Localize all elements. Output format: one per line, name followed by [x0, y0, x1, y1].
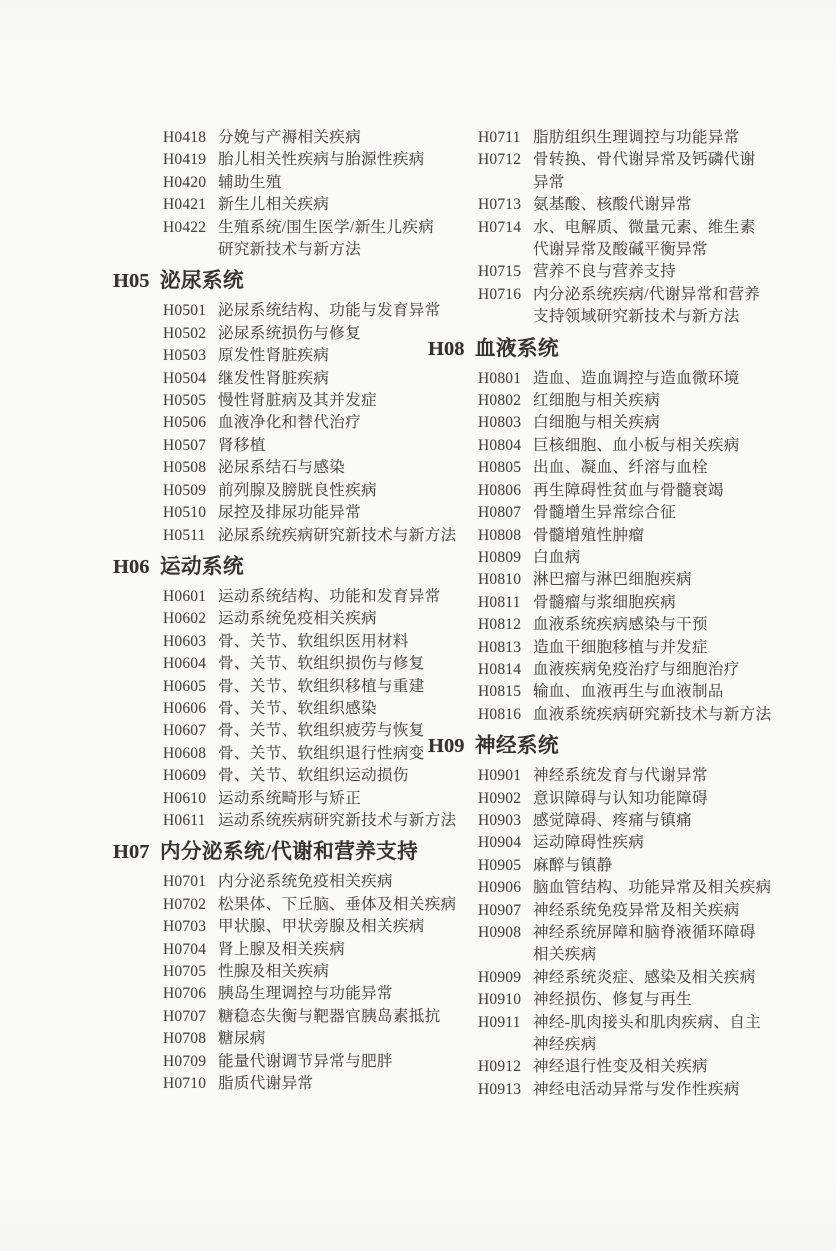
item-code: H0811	[478, 592, 533, 614]
code-list-item: H0701内分泌系统免疫相关疾病	[113, 871, 461, 893]
item-label: 血液系统疾病研究新技术与新方法	[533, 704, 772, 726]
item-label: 胎儿相关性疾病与胎源性疾病	[218, 149, 425, 171]
item-label: 骨、关节、软组织医用材料	[218, 631, 409, 653]
code-list-item: H0605骨、关节、软组织移植与重建	[113, 676, 461, 698]
code-list-item: H0421新生儿相关疾病	[113, 194, 461, 216]
code-list-item: H0902意识障碍与认知功能障碍	[428, 788, 808, 810]
code-list-item: H0802红细胞与相关疾病	[428, 390, 808, 412]
item-label: 运动系统畸形与矫正	[218, 788, 361, 810]
item-label: 脂肪组织生理调控与功能异常	[533, 127, 740, 149]
item-code: H0904	[478, 832, 533, 854]
code-list-item: H0511泌尿系统疾病研究新技术与新方法	[113, 525, 461, 547]
code-list-item: H0904运动障碍性疾病	[428, 832, 808, 854]
item-code: H0713	[478, 194, 533, 216]
code-list-item: H0710脂质代谢异常	[113, 1073, 461, 1095]
item-code: H0815	[478, 681, 533, 703]
item-label: 甲状腺、甲状旁腺及相关疾病	[218, 916, 425, 938]
item-label: 营养不良与营养支持	[533, 261, 676, 283]
item-code: H0905	[478, 855, 533, 877]
item-code: H0807	[478, 502, 533, 524]
item-label: 继发性肾脏疾病	[218, 368, 329, 390]
item-label: 生殖系统/围生医学/新生儿疾病 研究新技术与新方法	[218, 217, 434, 262]
item-label: 性腺及相关疾病	[218, 961, 329, 983]
item-code: H0422	[163, 217, 218, 239]
item-code: H0703	[163, 916, 218, 938]
code-list-item: H0505慢性肾脏病及其并发症	[113, 390, 461, 412]
item-label: 泌尿系统疾病研究新技术与新方法	[218, 525, 457, 547]
item-code: H0816	[478, 704, 533, 726]
code-list-item: H0714水、电解质、微量元素、维生素 代谢异常及酸碱平衡异常	[428, 217, 808, 262]
code-list-item: H0715营养不良与营养支持	[428, 261, 808, 283]
item-code: H0708	[163, 1028, 218, 1050]
section-heading-h07: H07内分泌系统/代谢和营养支持	[113, 838, 461, 866]
code-list-item: H0807骨髓增生异常综合征	[428, 502, 808, 524]
item-code: H0808	[478, 525, 533, 547]
item-code: H0802	[478, 390, 533, 412]
item-code: H0709	[163, 1051, 218, 1073]
item-label: 肾上腺及相关疾病	[218, 939, 345, 961]
code-list-item: H0608骨、关节、软组织退行性病变	[113, 743, 461, 765]
item-code: H0804	[478, 435, 533, 457]
item-label: 麻醉与镇静	[533, 855, 613, 877]
code-list-item: H0611运动系统疾病研究新技术与新方法	[113, 810, 461, 832]
item-label: 出血、凝血、纤溶与血栓	[533, 457, 708, 479]
item-code: H0810	[478, 569, 533, 591]
item-label: 运动系统结构、功能和发育异常	[218, 586, 441, 608]
code-list-item: H0503原发性肾脏疾病	[113, 345, 461, 367]
item-code: H0910	[478, 989, 533, 1011]
code-list-item: H0801造血、造血调控与造血微环境	[428, 368, 808, 390]
item-code: H0507	[163, 435, 218, 457]
item-code: H0902	[478, 788, 533, 810]
code-list-item: H0713氨基酸、核酸代谢异常	[428, 194, 808, 216]
item-code: H0419	[163, 149, 218, 171]
code-list-item: H0716内分泌系统疾病/代谢异常和营养 支持领域研究新技术与新方法	[428, 284, 808, 329]
item-code: H0908	[478, 922, 533, 944]
item-label: 辅助生殖	[218, 172, 282, 194]
item-code: H0608	[163, 743, 218, 765]
item-label: 内分泌系统免疫相关疾病	[218, 871, 393, 893]
section-heading-h09: H09神经系统	[428, 732, 808, 760]
code-list-item: H0803白细胞与相关疾病	[428, 412, 808, 434]
item-label: 慢性肾脏病及其并发症	[218, 390, 377, 412]
code-list-item: H0907神经系统免疫异常及相关疾病	[428, 900, 808, 922]
code-list-item: H0601运动系统结构、功能和发育异常	[113, 586, 461, 608]
code-list-item: H0419胎儿相关性疾病与胎源性疾病	[113, 149, 461, 171]
item-code: H0707	[163, 1006, 218, 1028]
item-label: 巨核细胞、血小板与相关疾病	[533, 435, 740, 457]
item-code: H0604	[163, 653, 218, 675]
item-label: 骨转换、骨代谢异常及钙磷代谢 异常	[533, 149, 756, 194]
code-list-item: H0607骨、关节、软组织疲劳与恢复	[113, 720, 461, 742]
code-list-item: H0906脑血管结构、功能异常及相关疾病	[428, 877, 808, 899]
code-list-item: H0711脂肪组织生理调控与功能异常	[428, 127, 808, 149]
code-list-item: H0504继发性肾脏疾病	[113, 368, 461, 390]
item-label: 骨、关节、软组织移植与重建	[218, 676, 425, 698]
code-list-item: H0911神经-肌肉接头和肌肉疾病、自主 神经疾病	[428, 1012, 808, 1057]
code-list-item: H0507肾移植	[113, 435, 461, 457]
item-code: H0809	[478, 547, 533, 569]
item-label: 神经退行性变及相关疾病	[533, 1056, 708, 1078]
item-label: 前列腺及膀胱良性疾病	[218, 480, 377, 502]
section-code: H08	[428, 335, 475, 363]
item-label: 神经系统炎症、感染及相关疾病	[533, 967, 756, 989]
item-label: 泌尿系结石与感染	[218, 457, 345, 479]
item-code: H0711	[478, 127, 533, 149]
item-label: 神经损伤、修复与再生	[533, 989, 692, 1011]
item-label: 白细胞与相关疾病	[533, 412, 660, 434]
item-code: H0701	[163, 871, 218, 893]
item-label: 神经系统屏障和脑脊液循环障碍 相关疾病	[533, 922, 756, 967]
section-code: H07	[113, 838, 160, 866]
item-code: H0813	[478, 637, 533, 659]
code-list-item: H0903感觉障碍、疼痛与镇痛	[428, 810, 808, 832]
scanned-page: H0418分娩与产褥相关疾病H0419胎儿相关性疾病与胎源性疾病H0420辅助生…	[0, 0, 836, 1251]
code-list-item: H0702松果体、下丘脑、垂体及相关疾病	[113, 894, 461, 916]
code-list-item: H0704肾上腺及相关疾病	[113, 939, 461, 961]
section-code: H09	[428, 732, 475, 760]
item-label: 骨、关节、软组织损伤与修复	[218, 653, 425, 675]
item-label: 骨髓增生异常综合征	[533, 502, 676, 524]
item-label: 松果体、下丘脑、垂体及相关疾病	[218, 894, 457, 916]
item-code: H0418	[163, 127, 218, 149]
left-column: H0418分娩与产褥相关疾病H0419胎儿相关性疾病与胎源性疾病H0420辅助生…	[113, 127, 461, 1095]
code-list-item: H0506血液净化和替代治疗	[113, 412, 461, 434]
item-label: 泌尿系统结构、功能与发育异常	[218, 300, 441, 322]
code-list-item: H0908神经系统屏障和脑脊液循环障碍 相关疾病	[428, 922, 808, 967]
right-column: H0711脂肪组织生理调控与功能异常H0712骨转换、骨代谢异常及钙磷代谢 异常…	[428, 127, 808, 1101]
section-heading-h08: H08血液系统	[428, 335, 808, 363]
item-code: H0911	[478, 1012, 533, 1034]
item-label: 骨髓增殖性肿瘤	[533, 525, 644, 547]
item-code: H0504	[163, 368, 218, 390]
item-label: 胰岛生理调控与功能异常	[218, 983, 393, 1005]
item-label: 脑血管结构、功能异常及相关疾病	[533, 877, 772, 899]
code-list-item: H0805出血、凝血、纤溶与血栓	[428, 457, 808, 479]
code-list-item: H0420辅助生殖	[113, 172, 461, 194]
section-heading-h05: H05泌尿系统	[113, 267, 461, 295]
section-title: 神经系统	[475, 732, 559, 760]
item-label: 糖稳态失衡与靶器官胰岛素抵抗	[218, 1006, 441, 1028]
item-code: H0505	[163, 390, 218, 412]
section-code: H06	[113, 553, 160, 581]
code-list-item: H0910神经损伤、修复与再生	[428, 989, 808, 1011]
item-code: H0610	[163, 788, 218, 810]
item-code: H0903	[478, 810, 533, 832]
item-code: H0814	[478, 659, 533, 681]
code-list-item: H0509前列腺及膀胱良性疾病	[113, 480, 461, 502]
code-list-item: H0814血液疾病免疫治疗与细胞治疗	[428, 659, 808, 681]
item-label: 神经-肌肉接头和肌肉疾病、自主 神经疾病	[533, 1012, 761, 1057]
item-code: H0812	[478, 614, 533, 636]
code-list-item: H0708糖尿病	[113, 1028, 461, 1050]
item-label: 运动系统免疫相关疾病	[218, 608, 377, 630]
item-code: H0714	[478, 217, 533, 239]
item-label: 骨、关节、软组织退行性病变	[218, 743, 425, 765]
item-code: H0704	[163, 939, 218, 961]
item-label: 白血病	[533, 547, 581, 569]
item-code: H0801	[478, 368, 533, 390]
item-code: H0909	[478, 967, 533, 989]
code-list-item: H0709能量代谢调节异常与肥胖	[113, 1051, 461, 1073]
item-code: H0805	[478, 457, 533, 479]
item-code: H0510	[163, 502, 218, 524]
code-list-item: H0418分娩与产褥相关疾病	[113, 127, 461, 149]
item-code: H0705	[163, 961, 218, 983]
item-code: H0503	[163, 345, 218, 367]
item-code: H0803	[478, 412, 533, 434]
code-list-item: H0510尿控及排尿功能异常	[113, 502, 461, 524]
item-label: 红细胞与相关疾病	[533, 390, 660, 412]
item-code: H0716	[478, 284, 533, 306]
section-title: 运动系统	[160, 553, 244, 581]
code-list-item: H0912神经退行性变及相关疾病	[428, 1056, 808, 1078]
item-label: 血液系统疾病感染与干预	[533, 614, 708, 636]
item-code: H0702	[163, 894, 218, 916]
code-list-item: H0913神经电活动异常与发作性疾病	[428, 1079, 808, 1101]
item-code: H0907	[478, 900, 533, 922]
item-code: H0508	[163, 457, 218, 479]
code-list-item: H0815输血、血液再生与血液制品	[428, 681, 808, 703]
item-label: 泌尿系统损伤与修复	[218, 323, 361, 345]
item-label: 分娩与产褥相关疾病	[218, 127, 361, 149]
code-list-item: H0603骨、关节、软组织医用材料	[113, 631, 461, 653]
item-label: 骨、关节、软组织疲劳与恢复	[218, 720, 425, 742]
section-heading-h06: H06运动系统	[113, 553, 461, 581]
code-list-item: H0905麻醉与镇静	[428, 855, 808, 877]
code-list-item: H0610运动系统畸形与矫正	[113, 788, 461, 810]
code-list-item: H0422生殖系统/围生医学/新生儿疾病 研究新技术与新方法	[113, 217, 461, 262]
section-title: 内分泌系统/代谢和营养支持	[160, 838, 418, 866]
item-code: H0420	[163, 172, 218, 194]
section-title: 血液系统	[475, 335, 559, 363]
item-code: H0501	[163, 300, 218, 322]
code-list-item: H0501泌尿系统结构、功能与发育异常	[113, 300, 461, 322]
item-label: 骨、关节、软组织感染	[218, 698, 377, 720]
item-code: H0603	[163, 631, 218, 653]
item-label: 原发性肾脏疾病	[218, 345, 329, 367]
code-list-item: H0502泌尿系统损伤与修复	[113, 323, 461, 345]
code-list-item: H0909神经系统炎症、感染及相关疾病	[428, 967, 808, 989]
item-code: H0502	[163, 323, 218, 345]
item-code: H0712	[478, 149, 533, 171]
item-label: 淋巴瘤与淋巴细胞疾病	[533, 569, 692, 591]
item-label: 糖尿病	[218, 1028, 266, 1050]
code-list-item: H0508泌尿系结石与感染	[113, 457, 461, 479]
code-list-item: H0609骨、关节、软组织运动损伤	[113, 765, 461, 787]
item-label: 氨基酸、核酸代谢异常	[533, 194, 692, 216]
item-label: 血液疾病免疫治疗与细胞治疗	[533, 659, 740, 681]
code-list-item: H0705性腺及相关疾病	[113, 961, 461, 983]
item-label: 神经电活动异常与发作性疾病	[533, 1079, 740, 1101]
item-code: H0509	[163, 480, 218, 502]
item-label: 尿控及排尿功能异常	[218, 502, 361, 524]
code-list-item: H0804巨核细胞、血小板与相关疾病	[428, 435, 808, 457]
item-label: 再生障碍性贫血与骨髓衰竭	[533, 480, 724, 502]
code-list-item: H0813造血干细胞移植与并发症	[428, 637, 808, 659]
item-code: H0706	[163, 983, 218, 1005]
code-list-item: H0808骨髓增殖性肿瘤	[428, 525, 808, 547]
item-label: 内分泌系统疾病/代谢异常和营养 支持领域研究新技术与新方法	[533, 284, 760, 329]
item-label: 输血、血液再生与血液制品	[533, 681, 724, 703]
item-label: 神经系统发育与代谢异常	[533, 765, 708, 787]
item-label: 感觉障碍、疼痛与镇痛	[533, 810, 692, 832]
item-label: 造血干细胞移植与并发症	[533, 637, 708, 659]
item-code: H0710	[163, 1073, 218, 1095]
item-code: H0511	[163, 525, 218, 547]
item-label: 能量代谢调节异常与肥胖	[218, 1051, 393, 1073]
item-code: H0506	[163, 412, 218, 434]
item-code: H0906	[478, 877, 533, 899]
item-label: 神经系统免疫异常及相关疾病	[533, 900, 740, 922]
code-list-item: H0812血液系统疾病感染与干预	[428, 614, 808, 636]
item-code: H0806	[478, 480, 533, 502]
section-title: 泌尿系统	[160, 267, 244, 295]
code-list-item: H0810淋巴瘤与淋巴细胞疾病	[428, 569, 808, 591]
item-label: 脂质代谢异常	[218, 1073, 313, 1095]
code-list-item: H0707糖稳态失衡与靶器官胰岛素抵抗	[113, 1006, 461, 1028]
item-code: H0607	[163, 720, 218, 742]
item-label: 运动系统疾病研究新技术与新方法	[218, 810, 457, 832]
item-label: 骨髓瘤与浆细胞疾病	[533, 592, 676, 614]
item-code: H0606	[163, 698, 218, 720]
item-code: H0605	[163, 676, 218, 698]
code-list-item: H0606骨、关节、软组织感染	[113, 698, 461, 720]
item-label: 肾移植	[218, 435, 266, 457]
item-label: 造血、造血调控与造血微环境	[533, 368, 740, 390]
item-code: H0611	[163, 810, 218, 832]
item-label: 意识障碍与认知功能障碍	[533, 788, 708, 810]
item-code: H0913	[478, 1079, 533, 1101]
item-label: 骨、关节、软组织运动损伤	[218, 765, 409, 787]
code-list-item: H0602运动系统免疫相关疾病	[113, 608, 461, 630]
item-code: H0609	[163, 765, 218, 787]
item-code: H0602	[163, 608, 218, 630]
code-list-item: H0816血液系统疾病研究新技术与新方法	[428, 704, 808, 726]
item-label: 血液净化和替代治疗	[218, 412, 361, 434]
item-label: 运动障碍性疾病	[533, 832, 644, 854]
item-code: H0601	[163, 586, 218, 608]
item-label: 新生儿相关疾病	[218, 194, 329, 216]
code-list-item: H0809白血病	[428, 547, 808, 569]
code-list-item: H0703甲状腺、甲状旁腺及相关疾病	[113, 916, 461, 938]
code-list-item: H0706胰岛生理调控与功能异常	[113, 983, 461, 1005]
item-code: H0421	[163, 194, 218, 216]
code-list-item: H0901神经系统发育与代谢异常	[428, 765, 808, 787]
item-code: H0912	[478, 1056, 533, 1078]
item-code: H0901	[478, 765, 533, 787]
code-list-item: H0604骨、关节、软组织损伤与修复	[113, 653, 461, 675]
code-list-item: H0811骨髓瘤与浆细胞疾病	[428, 592, 808, 614]
item-label: 水、电解质、微量元素、维生素 代谢异常及酸碱平衡异常	[533, 217, 756, 262]
item-code: H0715	[478, 261, 533, 283]
code-list-item: H0806再生障碍性贫血与骨髓衰竭	[428, 480, 808, 502]
code-list-item: H0712骨转换、骨代谢异常及钙磷代谢 异常	[428, 149, 808, 194]
section-code: H05	[113, 267, 160, 295]
